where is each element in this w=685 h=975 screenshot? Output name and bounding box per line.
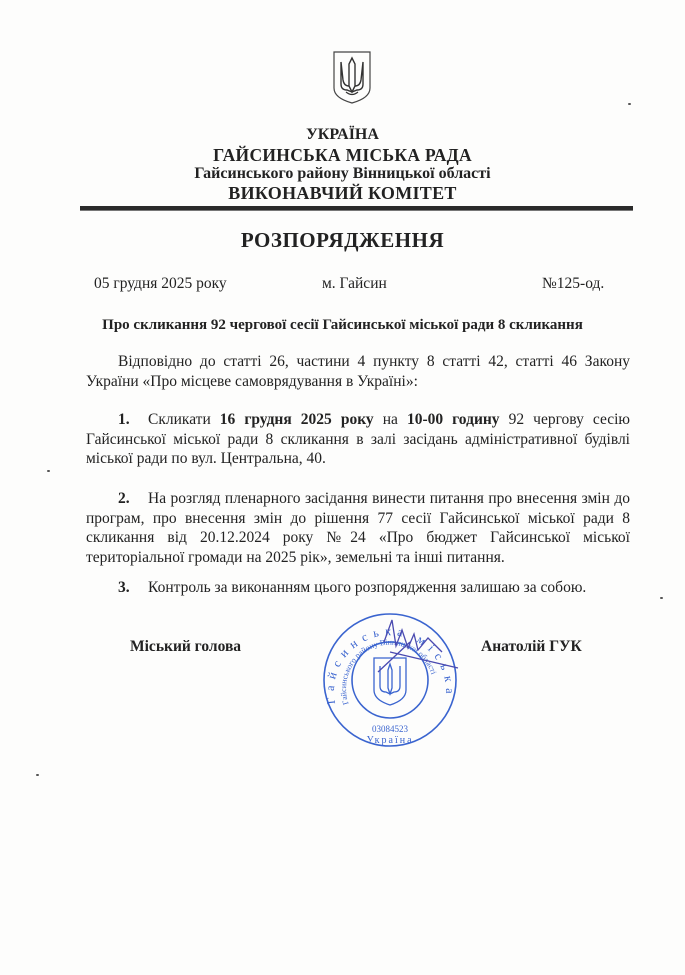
item-1: 1.Скликати 16 грудня 2025 року на 10-00 … — [86, 410, 630, 469]
header-country: УКРАЇНА — [0, 126, 685, 144]
document-type: РОЗПОРЯДЖЕННЯ — [0, 228, 685, 253]
scan-speck — [36, 774, 39, 776]
document-subject: Про скликання 92 чергової сесії Гайсинсь… — [0, 317, 685, 334]
document-number: №125-од. — [542, 275, 604, 293]
session-date: 16 грудня 2025 року — [220, 411, 374, 428]
svg-text:Гайсинська міська рада: Гайсинська міська рада — [318, 612, 457, 711]
scan-speck — [628, 103, 631, 105]
preamble: Відповідно до статті 26, частини 4 пункт… — [86, 352, 630, 391]
item-number: 3. — [118, 578, 148, 598]
scan-speck — [47, 470, 50, 472]
item-3: 3.Контроль за виконанням цього розпорядж… — [86, 578, 630, 598]
official-stamp: Гайсинська міська рада Гайсинського райо… — [318, 612, 462, 748]
signatory-position: Міський голова — [130, 638, 241, 656]
document-place: м. Гайсин — [322, 275, 387, 293]
trident-coat-of-arms-icon — [332, 50, 372, 104]
signatory-name: Анатолій ГУК — [481, 638, 582, 656]
header-divider — [80, 206, 633, 211]
svg-text:Україна: Україна — [366, 735, 413, 746]
stamp-trident-icon — [374, 658, 406, 705]
item-2: 2.На розгляд пленарного засідання винест… — [86, 489, 630, 567]
scan-speck — [660, 597, 663, 599]
header-body: ВИКОНАВЧИЙ КОМІТЕТ — [0, 183, 685, 204]
session-time: 10-00 годину — [407, 411, 500, 428]
svg-text:03084523: 03084523 — [372, 724, 409, 734]
document-date: 05 грудня 2025 року — [94, 275, 227, 293]
item-number: 2. — [118, 489, 148, 509]
header-region: Гайсинського району Вінницької області — [0, 165, 685, 183]
item-number: 1. — [118, 410, 148, 430]
header-council: ГАЙСИНСЬКА МІСЬКА РАДА — [0, 145, 685, 166]
